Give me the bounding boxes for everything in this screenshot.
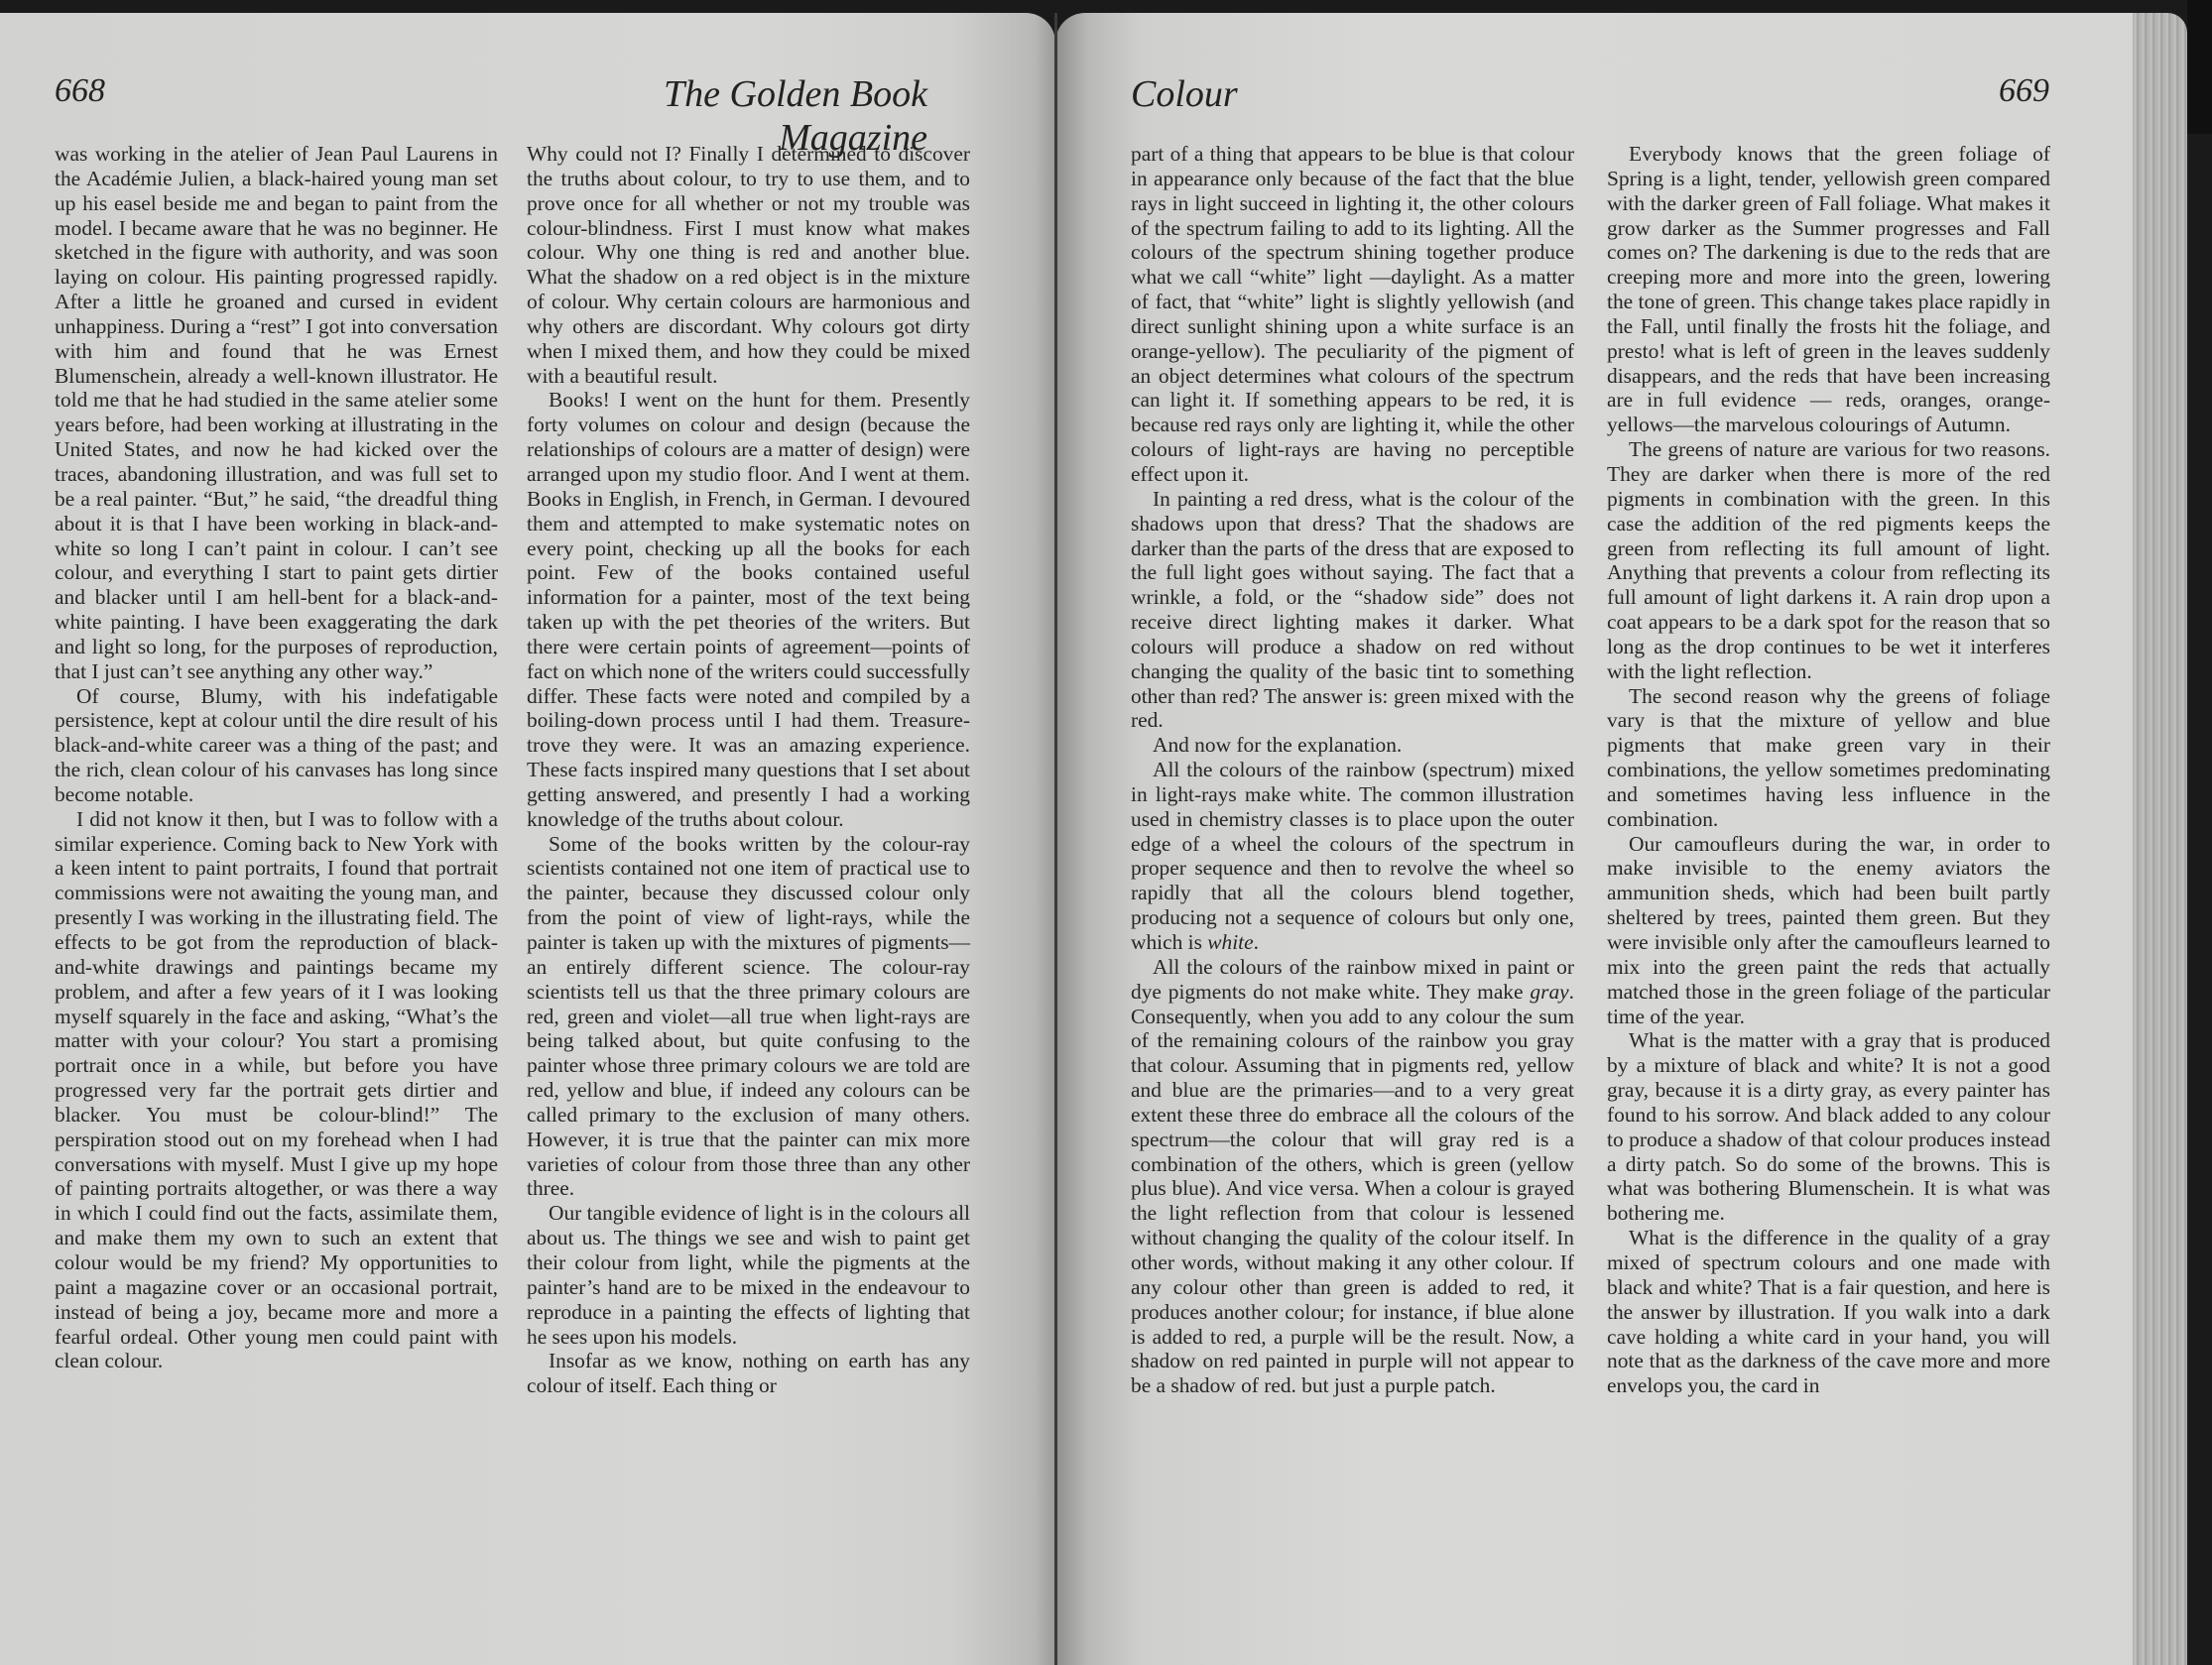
text-run: . Consequently, when you add to any colo…	[1131, 980, 1574, 1398]
paragraph: was working in the atelier of Jean Paul …	[55, 142, 498, 684]
italic-word: white	[1207, 930, 1253, 954]
paragraph: Our tangible evidence of light is in the…	[527, 1201, 970, 1349]
paragraph: In painting a red dress, what is the col…	[1131, 487, 1574, 733]
page-number-left: 668	[55, 72, 105, 110]
paragraph: And now for the explanation.	[1131, 733, 1574, 758]
book-spread: 668 The Golden Book Magazine was working…	[0, 13, 2187, 1665]
paragraph: All the colours of the rainbow mixed in …	[1131, 955, 1574, 1398]
paragraph: All the colours of the rainbow (spectrum…	[1131, 758, 1574, 955]
column-2: Why could not I? Finally I determined to…	[527, 142, 970, 1398]
paragraph: The second reason why the greens of foli…	[1607, 684, 2050, 832]
paragraph: What is the matter with a gray that is p…	[1607, 1028, 2050, 1226]
paragraph: Insofar as we know, nothing on earth has…	[527, 1349, 970, 1398]
paragraph: Our camoufleurs during the war, in order…	[1607, 832, 2050, 1029]
text-run: .	[1254, 930, 1259, 954]
column-4: Everybody knows that the green foliage o…	[1607, 142, 2050, 1398]
page-edge-stack	[2133, 13, 2187, 1665]
paragraph: Some of the books written by the colour-…	[527, 832, 970, 1202]
page-number-right: 669	[1938, 72, 2049, 110]
paragraph: What is the difference in the quality of…	[1607, 1226, 2050, 1398]
running-head-right: Colour	[1131, 72, 1238, 116]
text-run: All the colours of the rainbow (spectrum…	[1131, 758, 1574, 954]
column-3: part of a thing that appears to be blue …	[1131, 142, 1574, 1398]
paragraph: I did not know it then, but I was to fol…	[55, 807, 498, 1373]
paragraph: The greens of nature are various for two…	[1607, 437, 2050, 683]
paragraph: Of course, Blumy, with his indefatigable…	[55, 684, 498, 807]
paragraph: part of a thing that appears to be blue …	[1131, 142, 1574, 487]
paragraph: Books! I went on the hunt for them. Pres…	[527, 388, 970, 831]
text-run: All the colours of the rainbow mixed in …	[1131, 955, 1574, 1004]
book-gutter	[1054, 13, 1057, 1665]
background-corner	[2187, 0, 2212, 134]
paragraph: Why could not I? Finally I determined to…	[527, 142, 970, 388]
left-page: 668 The Golden Book Magazine was working…	[0, 13, 1055, 1665]
paragraph: Everybody knows that the green foliage o…	[1607, 142, 2050, 437]
right-page: Colour 669 part of a thing that appears …	[1055, 13, 2133, 1665]
italic-word: gray	[1530, 980, 1568, 1004]
column-1: was working in the atelier of Jean Paul …	[55, 142, 498, 1373]
